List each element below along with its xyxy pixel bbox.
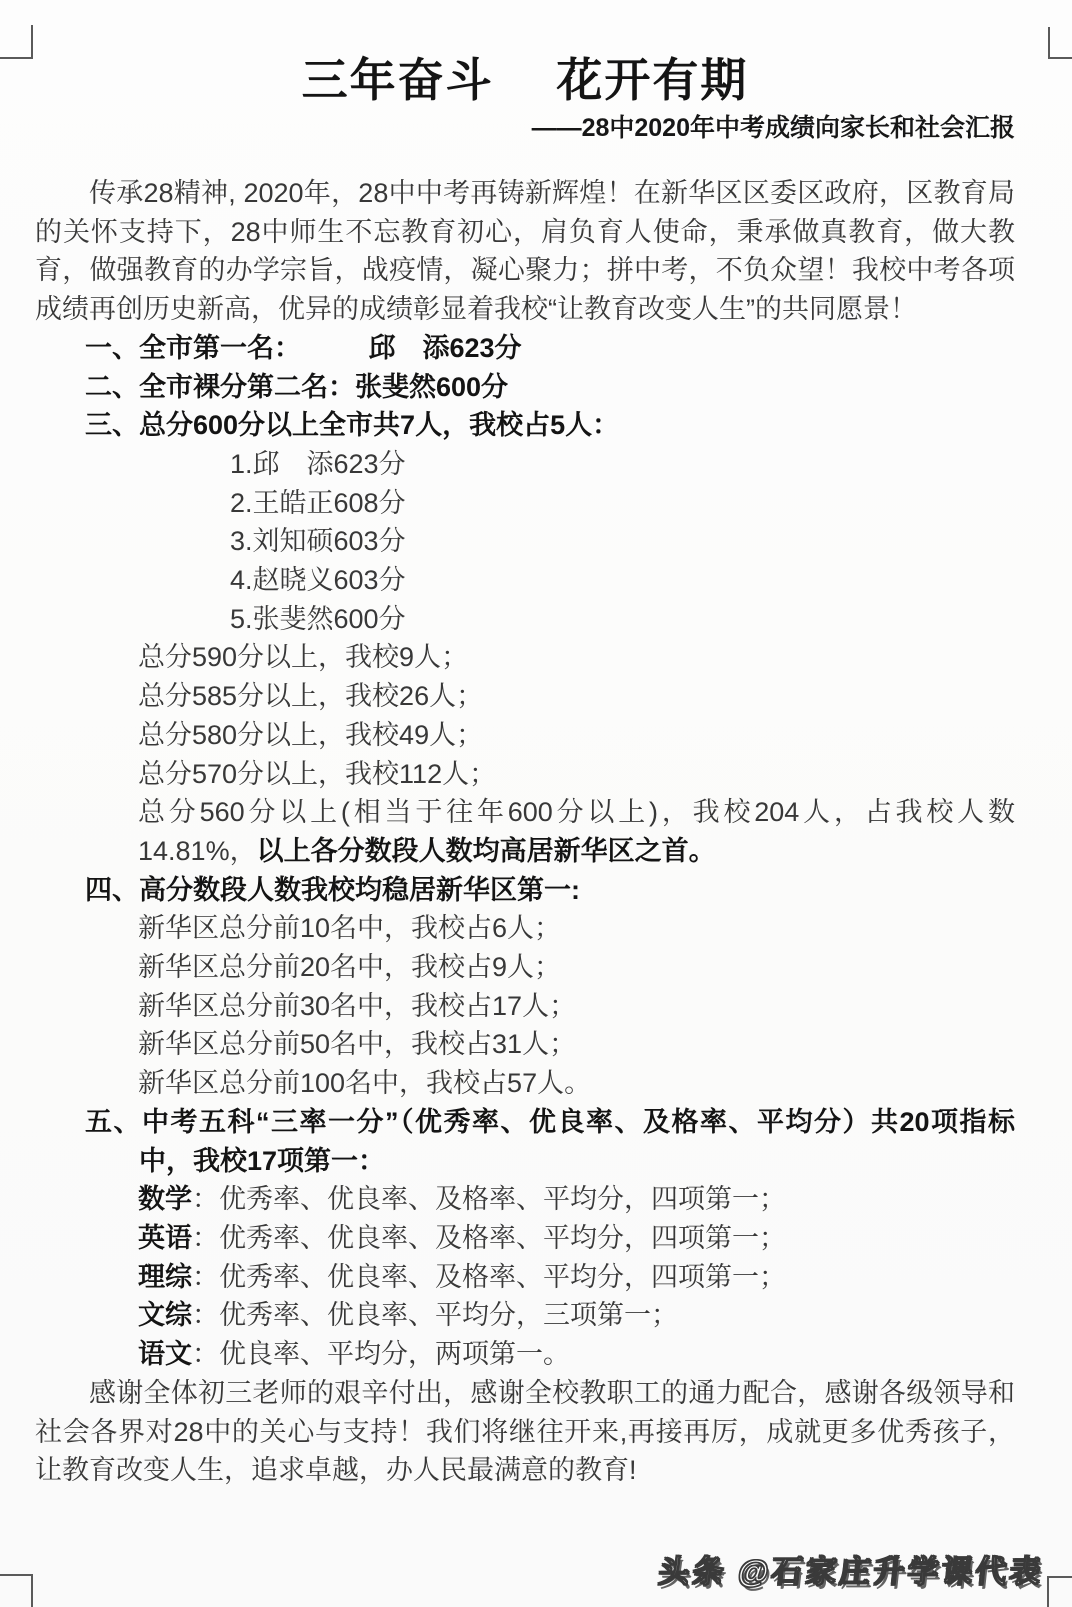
document-body: 传承28精神, 2020年，28中中考再铸新辉煌！在新华区区委区政府，区教育局的… <box>35 174 1015 1490</box>
subject-detail: ：优良率、平均分，两项第一。 <box>192 1339 570 1369</box>
top-scorer-item: 4.赵晓义603分 <box>230 561 1015 600</box>
top-scorer-item: 5.张斐然600分 <box>230 600 1015 639</box>
top-scorer-item: 1.邱 添623分 <box>230 445 1015 484</box>
subject-name: 数学 <box>138 1184 192 1214</box>
score-band-line: 总分590分以上，我校9人； <box>138 638 1015 677</box>
score-band-line: 总分570分以上，我校112人； <box>138 755 1015 794</box>
subject-detail: ：优秀率、优良率、及格率、平均分，四项第一； <box>192 1184 786 1214</box>
document-page: 三年奋斗 花开有期 ——28中2020年中考成绩向家长和社会汇报 传承28精神,… <box>0 0 1072 1607</box>
score-band-560-line: 总分560分以上(相当于往年600分以上)，我校204人，占我校人数14.81%… <box>138 793 1015 870</box>
page-corner-mark-top-left <box>0 25 33 59</box>
score-band-560-emphasis: 以上各分数段人数均高居新华区之首。 <box>257 836 716 866</box>
district-rank-line: 新华区总分前10名中，我校占6人； <box>138 909 1015 948</box>
page-title: 三年奋斗 花开有期 <box>35 52 1015 108</box>
subject-name: 理综 <box>138 1262 192 1292</box>
subject-result-line: 数学：优秀率、优良率、及格率、平均分，四项第一； <box>138 1180 1015 1219</box>
subject-result-line: 文综：优秀率、优良率、平均分，三项第一； <box>138 1296 1015 1335</box>
intro-paragraph: 传承28精神, 2020年，28中中考再铸新辉煌！在新华区区委区政府，区教育局的… <box>35 174 1015 329</box>
page-corner-mark-bottom-left <box>0 1574 33 1607</box>
district-rank-line: 新华区总分前100名中，我校占57人。 <box>138 1064 1015 1103</box>
district-rank-line: 新华区总分前20名中，我校占9人； <box>138 948 1015 987</box>
watermark-toutiao: 头条 @石家庄升学课代表 <box>657 1546 1047 1591</box>
score-band-line: 总分580分以上，我校49人； <box>138 716 1015 755</box>
section-1-heading: 一、全市第一名： 邱 添623分 <box>85 329 1015 368</box>
top-scorer-item: 2.王皓正608分 <box>230 484 1015 523</box>
district-rank-line: 新华区总分前50名中，我校占31人； <box>138 1025 1015 1064</box>
page-subtitle: ——28中2020年中考成绩向家长和社会汇报 <box>35 108 1015 148</box>
subject-name: 文综 <box>138 1300 192 1330</box>
score-band-line: 总分585分以上，我校26人； <box>138 677 1015 716</box>
subject-detail: ：优秀率、优良率、及格率、平均分，四项第一； <box>192 1262 786 1292</box>
section-3-heading: 三、总分600分以上全市共7人，我校占5人： <box>85 406 1015 445</box>
subject-detail: ：优秀率、优良率、平均分，三项第一； <box>192 1300 678 1330</box>
subject-result-line: 英语：优秀率、优良率、及格率、平均分，四项第一； <box>138 1219 1015 1258</box>
subject-name: 英语 <box>138 1223 192 1253</box>
section-2-heading: 二、全市裸分第二名：张斐然600分 <box>85 368 1015 407</box>
top-scorer-item: 3.刘知硕603分 <box>230 522 1015 561</box>
page-corner-mark-bottom-right <box>1047 1576 1072 1607</box>
section-5-heading: 五、中考五科“三率一分”（优秀率、优良率、及格率、平均分）共20项指标中，我校1… <box>85 1103 1015 1180</box>
section-4-heading: 四、高分数段人数我校均稳居新华区第一: <box>85 871 1015 910</box>
subject-name: 语文 <box>138 1339 192 1369</box>
subject-result-line: 语文：优良率、平均分，两项第一。 <box>138 1335 1015 1374</box>
district-rank-line: 新华区总分前30名中，我校占17人； <box>138 987 1015 1026</box>
subject-result-line: 理综：优秀率、优良率、及格率、平均分，四项第一； <box>138 1258 1015 1297</box>
page-corner-mark-top-right <box>1048 27 1072 59</box>
subject-detail: ：优秀率、优良率、及格率、平均分，四项第一； <box>192 1223 786 1253</box>
closing-paragraph: 感谢全体初三老师的艰辛付出，感谢全校教职工的通力配合，感谢各级领导和社会各界对2… <box>35 1374 1015 1490</box>
